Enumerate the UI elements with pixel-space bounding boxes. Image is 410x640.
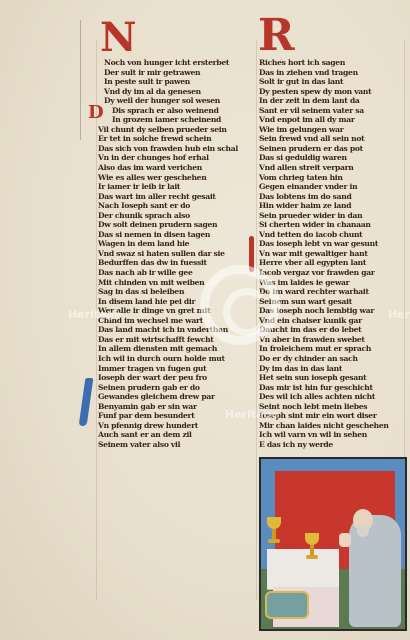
text-line: In der zeit in dem lant da (259, 96, 404, 106)
text-line: Vn pfennig drew hundert (98, 421, 258, 431)
miniature-illustration (259, 457, 407, 631)
text-line: Sein prueder wider in dan (259, 211, 404, 221)
text-line: Seinen prudern gab er do (98, 383, 258, 393)
text-line: Was im laides ie gewar (259, 278, 404, 288)
text-line: Dis sprach er also weinend (98, 106, 258, 116)
text-column-right: Riches hort ich sagenDas in ziehen vnd t… (259, 58, 404, 449)
text-line: Het sein sun ioseph gesant (259, 373, 404, 383)
text-line: Seinem vater also vil (98, 440, 258, 450)
text-line: Iacob vergaz vor frawden gar (259, 268, 404, 278)
text-line: Vom chrieg taten hin (259, 173, 404, 183)
text-line: Das si geduldig waren (259, 153, 404, 163)
text-line: Ir iamer ir leib ir lait (98, 182, 258, 192)
text-line: Das ioseph lebt vn war gesunt (259, 239, 404, 249)
text-line: Er tet in solche frewd schein (98, 134, 258, 144)
text-line: Der sult ir mir getrawen (98, 68, 258, 78)
text-line: Vnd dy im al da genesen (98, 87, 258, 97)
text-line: Ich wil varn vn wil in sehen (259, 430, 404, 440)
text-line: Wagen in dem land hie (98, 239, 258, 249)
text-line: Herre vber all egypten lant (259, 258, 404, 268)
text-line: Dy weil der hunger sol wesen (98, 96, 258, 106)
text-line: In froleichem mut er sprach (259, 344, 404, 354)
initial-n: N (100, 18, 137, 58)
text-line: Vnd allen streit verparn (259, 163, 404, 173)
text-line: Das lobtens im do sand (259, 192, 404, 202)
text-line: Seinen prudern er das pot (259, 144, 404, 154)
praying-hands (339, 533, 351, 547)
text-line: Auch sant er an dem zil (98, 430, 258, 440)
text-line: Wie im gelungen war (259, 125, 404, 135)
text-line: Dy pesten spew dy mon vant (259, 87, 404, 97)
text-line: Das in ziehen vnd tragen (259, 68, 404, 78)
chalice-icon (305, 533, 319, 563)
watermark-text: Heritage (225, 408, 279, 421)
text-line: Vnd ein chaiser kunik gar (259, 316, 404, 326)
text-line: Das ioseph noch lembtig war (259, 306, 404, 316)
text-line: Der chunik sprach also (98, 211, 258, 221)
chalice-icon (267, 517, 281, 547)
text-line: Gewandes gleichem drew par (98, 392, 258, 402)
text-line: Gegen einander vnder in (259, 182, 404, 192)
text-line: In grozem iamer scheinend (98, 115, 258, 125)
well (265, 591, 309, 619)
text-line: Des wil ich alles achten nicht (259, 392, 404, 402)
text-line: Ioseph der wart der peu fro (98, 373, 258, 383)
watermark-text: Heritage (388, 308, 410, 321)
text-line: Also das im ward verichen (98, 163, 258, 173)
text-line: Mir chan laides nicht geschehen (259, 421, 404, 431)
text-line: Riches hort ich sagen (259, 58, 404, 68)
text-line: Vn in der chunges hof erhal (98, 153, 258, 163)
text-line: Das si nemen in disen tagen (98, 230, 258, 240)
text-line: Seint noch lebt mein liebes (259, 402, 404, 412)
blue-initial-i (79, 378, 94, 426)
text-line: Daucht im das er do lebet (259, 325, 404, 335)
text-line: Vn aber in frawden swebet (259, 335, 404, 345)
text-line: Dy im das in das lant (259, 364, 404, 374)
text-line: Wie es alles wer geschehen (98, 173, 258, 183)
text-line: Vil chunt dy selben prueder sein (98, 125, 258, 135)
text-line: Hin wider haim ze land (259, 201, 404, 211)
text-line: Si cherten wider in chanaan (259, 220, 404, 230)
text-line: Vnd enpot im all dy mar (259, 115, 404, 125)
altar-table (267, 549, 339, 590)
watermark-logo-icon (200, 265, 280, 345)
text-line: Das mir ist hin fur geschicht (259, 383, 404, 393)
text-line: Das sich von frawden hub ein schal (98, 144, 258, 154)
watermark-text: Heritage (68, 308, 122, 321)
text-line: Dw solt deinen prudern sagen (98, 220, 258, 230)
text-column-left: Noch von hunger icht ersterbetDer sult i… (98, 58, 258, 449)
text-line: Vn war mit gewaltiger hant (259, 249, 404, 259)
text-line: In peste sult ir pawen (98, 77, 258, 87)
text-line: Vnd swaz si haten sullen dar sie (98, 249, 258, 259)
text-line: Seinem sun wart gesait (259, 297, 404, 307)
text-line: Do im ward rechter warhait (259, 287, 404, 297)
text-line: In allem diensten mit gemach (98, 344, 258, 354)
text-line: Ich wil in durch ourn holde mut (98, 354, 258, 364)
text-line: Solt ir gut in das lant (259, 77, 404, 87)
text-line: Ioseph sint mir ein wort diser (259, 411, 404, 421)
figure-beard (357, 525, 369, 537)
text-line: E das ich ny werde (259, 440, 404, 450)
text-line: Nach Ioseph sant er do (98, 201, 258, 211)
manuscript-page: N R D Noch von hunger icht ersterbetDer … (0, 0, 410, 640)
text-line: Das wart im aller recht gesait (98, 192, 258, 202)
text-line: Sant er vil seinem vater sa (259, 106, 404, 116)
text-line: Vnd tetten do iacob chunt (259, 230, 404, 240)
initial-r: R (258, 14, 295, 58)
text-line: Do er dy chinder an sach (259, 354, 404, 364)
text-line: Noch von hunger icht ersterbet (98, 58, 258, 68)
text-line: Immer tragen vn fugen gut (98, 364, 258, 374)
text-line: Sein frewd vnd all sein not (259, 134, 404, 144)
decorative-flourish-left (80, 20, 81, 140)
